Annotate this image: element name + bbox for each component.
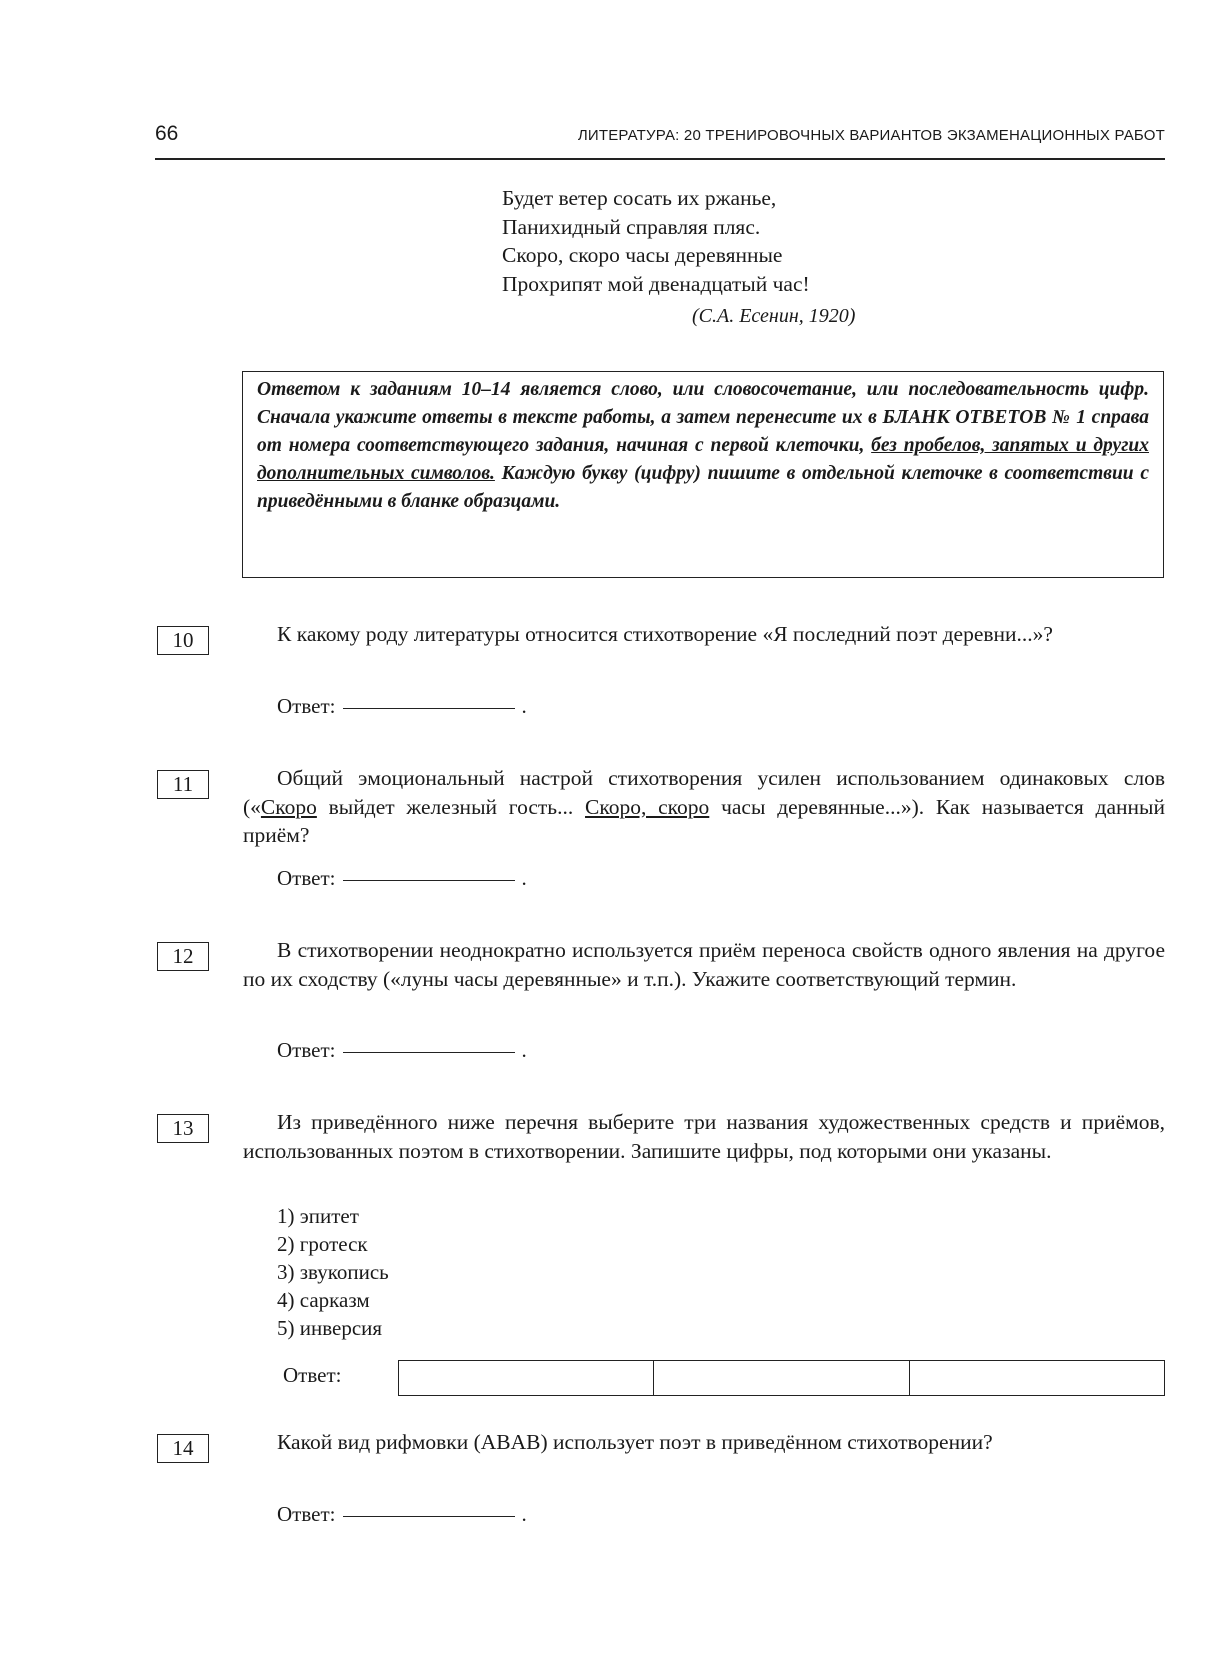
task-number: 10 xyxy=(157,626,209,655)
running-title: ЛИТЕРАТУРА: 20 ТРЕНИРОВОЧНЫХ ВАРИАНТОВ Э… xyxy=(578,127,1165,144)
task-question: Из приведённого ниже перечня выберите тр… xyxy=(243,1108,1165,1165)
answer-label: Ответ: xyxy=(277,1502,335,1526)
option-item: 3) звукопись xyxy=(277,1258,389,1286)
option-item: 2) гротеск xyxy=(277,1230,389,1258)
page-number: 66 xyxy=(155,122,178,146)
underlined-word: Скоро xyxy=(261,795,317,819)
instruction-box: Ответом к заданиям 10–14 является слово,… xyxy=(242,371,1164,578)
task-question: Общий эмоциональный настрой стихотворени… xyxy=(243,764,1165,850)
poem-attribution: (С.А. Есенин, 1920) xyxy=(692,305,855,328)
poem-line: Скоро, скоро часы деревянные xyxy=(502,241,810,270)
task-question: В стихотворении неоднократно используетс… xyxy=(243,936,1165,993)
answer-blank[interactable] xyxy=(343,708,515,709)
answer-blank[interactable] xyxy=(343,880,515,881)
answer-blank[interactable] xyxy=(343,1516,515,1517)
poem-line: Прохрипят мой двенадцатый час! xyxy=(502,270,810,299)
answer-field[interactable]: Ответ:. xyxy=(277,694,527,719)
answer-label: Ответ: xyxy=(283,1363,341,1388)
answer-cell[interactable] xyxy=(399,1361,654,1395)
option-item: 1) эпитет xyxy=(277,1202,389,1230)
task-number: 11 xyxy=(157,770,209,799)
task-question: К какому роду литературы относится стихо… xyxy=(243,620,1165,649)
text-part: выйдет железный гость... xyxy=(317,795,585,819)
answer-grid xyxy=(398,1360,1165,1396)
answer-label: Ответ: xyxy=(277,1038,335,1062)
answer-field[interactable]: Ответ:. xyxy=(277,866,527,891)
underlined-word: Скоро, скоро xyxy=(585,795,709,819)
options-list: 1) эпитет 2) гротеск 3) звукопись 4) сар… xyxy=(277,1202,389,1342)
option-item: 4) сарказм xyxy=(277,1286,389,1314)
task-number: 14 xyxy=(157,1434,209,1463)
poem-line: Панихидный справляя пляс. xyxy=(502,213,810,242)
answer-label: Ответ: xyxy=(277,866,335,890)
answer-field[interactable]: Ответ:. xyxy=(277,1038,527,1063)
answer-field[interactable]: Ответ:. xyxy=(277,1502,527,1527)
poem-excerpt: Будет ветер сосать их ржанье, Панихидный… xyxy=(502,184,810,298)
poem-line: Будет ветер сосать их ржанье, xyxy=(502,184,810,213)
answer-cell[interactable] xyxy=(910,1361,1164,1395)
option-item: 5) инверсия xyxy=(277,1314,389,1342)
answer-blank[interactable] xyxy=(343,1052,515,1053)
task-number: 13 xyxy=(157,1114,209,1143)
page-header: 66 ЛИТЕРАТУРА: 20 ТРЕНИРОВОЧНЫХ ВАРИАНТО… xyxy=(155,122,1165,160)
task-number: 12 xyxy=(157,942,209,971)
answer-cell[interactable] xyxy=(654,1361,909,1395)
task-question: Какой вид рифмовки (ABAB) использует поэ… xyxy=(243,1428,1165,1457)
answer-label: Ответ: xyxy=(277,694,335,718)
